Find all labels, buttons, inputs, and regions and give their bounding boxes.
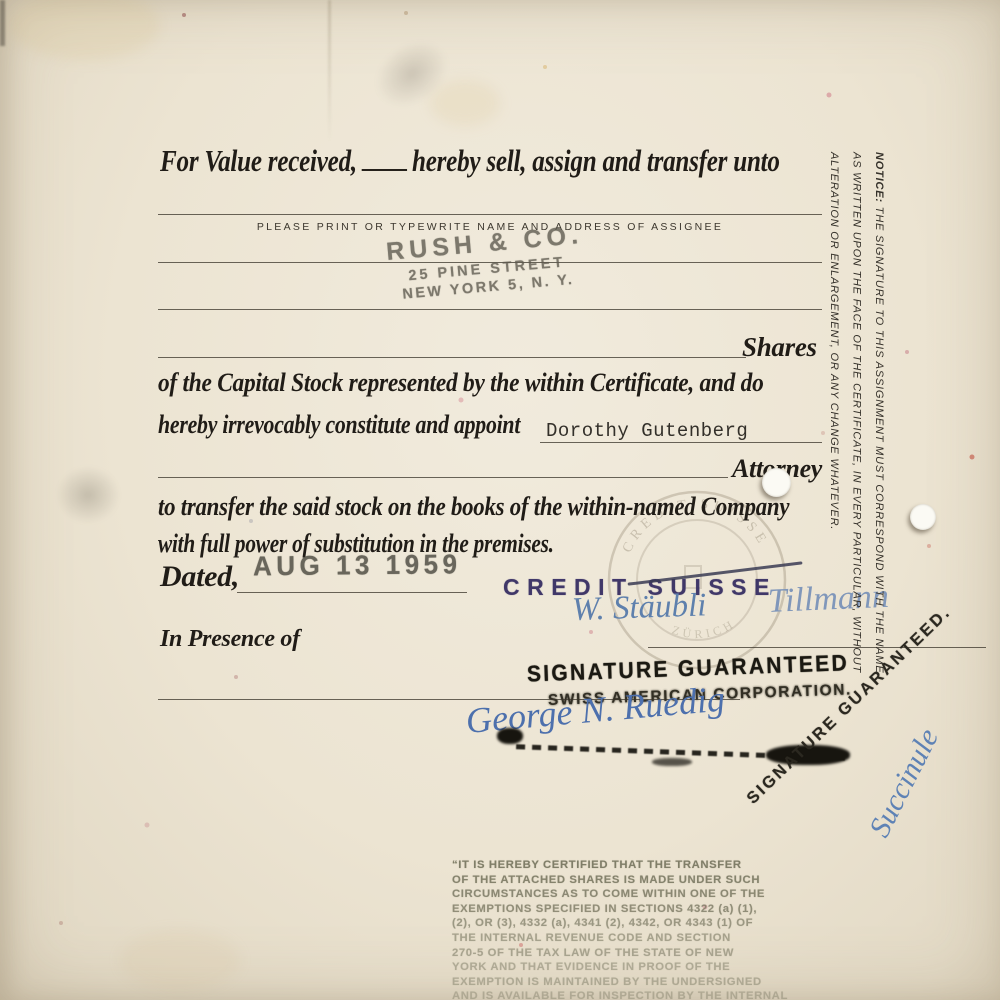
scan-edge-mark bbox=[0, 0, 5, 46]
notice-line: AS WRITTEN UPON THE FACE OF THE CERTIFIC… bbox=[845, 152, 868, 712]
tax-stamp-line: 270-5 OF THE TAX LAW OF THE STATE OF NEW bbox=[452, 946, 832, 961]
stain bbox=[120, 930, 240, 990]
appoint-line: hereby irrevocably constitute and appoin… bbox=[158, 410, 520, 440]
transfer-line: to transfer the said stock on the books … bbox=[158, 492, 789, 522]
rule bbox=[158, 357, 746, 358]
shares-label: Shares bbox=[742, 332, 817, 363]
dated-label: Dated, bbox=[160, 560, 239, 594]
ink-blob bbox=[652, 758, 692, 766]
rule bbox=[158, 309, 822, 310]
tax-stamp-line: OF THE ATTACHED SHARES IS MADE UNDER SUC… bbox=[452, 873, 832, 888]
tax-stamp-line: YORK AND THAT EVIDENCE IN PROOF OF THE bbox=[452, 960, 832, 975]
assignee-stamp: RUSH & CO. 25 PINE STREET NEW YORK 5, N.… bbox=[385, 221, 587, 304]
notice-line: NOTICE: THE SIGNATURE TO THIS ASSIGNMENT… bbox=[867, 152, 890, 712]
certificate-back-page: CREDIT SUISSE ZÜRICH For Value received,… bbox=[0, 0, 1000, 1000]
in-presence-label: In Presence of bbox=[160, 626, 300, 653]
notice-text: NOTICE: THE SIGNATURE TO THIS ASSIGNMENT… bbox=[820, 152, 890, 712]
punch-hole bbox=[762, 468, 791, 497]
witness-signature: Succinule bbox=[863, 723, 946, 842]
tax-stamp-line: EXEMPTION IS MAINTAINED BY THE UNDERSIGN… bbox=[452, 975, 832, 990]
capital-stock-line: of the Capital Stock represented by the … bbox=[158, 368, 764, 398]
ink-blob bbox=[497, 728, 523, 744]
blank-name-gap bbox=[362, 138, 407, 171]
value-received-line: For Value received,hereby sell, assign a… bbox=[160, 138, 780, 179]
tax-stamp-line: CIRCUMSTANCES AS TO COME WITHIN ONE OF T… bbox=[452, 887, 832, 902]
pencil-smudge bbox=[56, 466, 120, 524]
rule bbox=[158, 214, 822, 215]
punch-hole bbox=[910, 504, 936, 530]
stain bbox=[10, 0, 160, 60]
value-received-lead: For Value received, bbox=[160, 143, 357, 178]
tax-stamp-line: AND IS AVAILABLE FOR INSPECTION BY THE I… bbox=[452, 989, 832, 1000]
date-stamp: AUG 13 1959 bbox=[253, 548, 462, 583]
rule bbox=[540, 442, 822, 443]
tax-exemption-stamp: “IT IS HEREBY CERTIFIED THAT THE TRANSFE… bbox=[452, 858, 832, 1000]
crease bbox=[328, 0, 331, 142]
rule bbox=[158, 477, 728, 478]
tax-stamp-line: THE INTERNAL REVENUE CODE AND SECTION bbox=[452, 931, 832, 946]
signature-rule bbox=[648, 647, 986, 648]
officer-signature-1: W. Stäubli bbox=[571, 587, 707, 629]
notice-label: NOTICE: bbox=[873, 152, 885, 203]
notice-line: ALTERATION OR ENLARGEMENT, OR ANY CHANGE… bbox=[822, 152, 845, 712]
tax-stamp-line: EXEMPTIONS SPECIFIED IN SECTIONS 4322 (a… bbox=[452, 902, 832, 917]
appointee-name: Dorothy Gutenberg bbox=[546, 420, 748, 442]
rule bbox=[237, 592, 467, 593]
notice-line1-rest: THE SIGNATURE TO THIS ASSIGNMENT MUST CO… bbox=[873, 203, 885, 674]
value-received-rest: hereby sell, assign and transfer unto bbox=[412, 143, 780, 178]
paper-speckles bbox=[0, 0, 2, 2]
tax-stamp-line: “IT IS HEREBY CERTIFIED THAT THE TRANSFE… bbox=[452, 858, 832, 873]
tax-stamp-line: (2), OR (3), 4332 (a), 4341 (2), 4342, O… bbox=[452, 916, 832, 931]
